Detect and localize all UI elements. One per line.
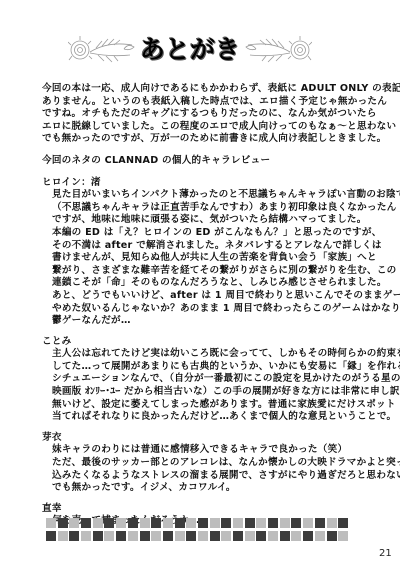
checker-square: [303, 531, 313, 541]
text-line: 主人公は忘れてたけど実は幼いころ既に会ってて、しかもその時何らかの約束を: [42, 348, 362, 361]
checker-square: [175, 518, 185, 528]
text-line: でも無かったのですが、万が一のために前書きに成人向け表記しときました。: [42, 133, 362, 146]
checker-square: [221, 518, 231, 528]
checker-square: [303, 518, 313, 528]
checker-square: [268, 518, 278, 528]
floral-ornament-left-icon: [68, 35, 136, 65]
text-line: 今回の本は一応、成人向けであるにもかかわらず、表紙に ADULT ONLY の表…: [42, 83, 362, 96]
checker-square: [210, 531, 220, 541]
checker-square: [327, 531, 337, 541]
text-line: 妹キャラのわりには普通に感情移入できるキャラで良かった（笑）: [42, 444, 362, 457]
text-line: 連鎖こそが「命」そのものなんだろうなと、しみじみ感じさせられました。: [42, 277, 362, 290]
review-kotomi: ことみ 主人公は忘れてたけど実は幼いころ既に会ってて、しかもその時何らかの約束を…: [42, 336, 362, 424]
text-line: あと、どうでもいいけど、after は 1 周目で終わりと思いこんでそのままゲー…: [42, 290, 362, 303]
checker-square: [93, 518, 103, 528]
character-name: ことみ: [42, 336, 362, 349]
checker-square: [140, 531, 150, 541]
character-name: ヒロイン：渚: [42, 177, 362, 190]
text-line: 込みたくなるようなストレスの溜まる展開で、さすがにやり過ぎだろと思わない: [42, 470, 362, 483]
text-line: 当てればそれなりに良かったんだけど…あくまで個人的な意見ということで。: [42, 411, 362, 424]
text-line: （不思議ちゃんキャラは正直苦手なんですわ）あまり初印象は良くなかったん: [42, 202, 362, 215]
checker-square: [175, 531, 185, 541]
checker-square: [151, 518, 161, 528]
page-title: あとがき: [136, 32, 244, 68]
text-line: 書けませんが、見知らぬ他人が共に人生の苦楽を背負い会う「家族」へと: [42, 252, 362, 265]
checker-square: [128, 531, 138, 541]
checker-square: [93, 531, 103, 541]
checker-square: [46, 518, 56, 528]
checker-square: [116, 518, 126, 528]
checker-square: [268, 531, 278, 541]
checker-square: [233, 518, 243, 528]
checker-square: [198, 518, 208, 528]
checker-square: [81, 518, 91, 528]
checker-square: [69, 531, 79, 541]
text-line: 繋がり、さまざまな難辛苦を経てその繋がりがさらに別の繋がりを生む、この: [42, 265, 362, 278]
text-line: ありません。というのも表紙入稿した時点では、エロ描く予定じゃ無かったん: [42, 96, 362, 109]
checker-square: [245, 531, 255, 541]
checker-square: [58, 518, 68, 528]
text-line: してた…って展開があまりにも古典的というか、いかにも安易に「縁」を作れる: [42, 361, 362, 374]
checker-square: [116, 531, 126, 541]
checkerboard-divider: [46, 518, 348, 543]
checker-square: [186, 518, 196, 528]
checker-square: [338, 531, 348, 541]
checker-square: [210, 518, 220, 528]
checker-square: [233, 531, 243, 541]
checker-square: [280, 518, 290, 528]
floral-ornament-right-icon: [244, 35, 312, 65]
checker-square: [163, 518, 173, 528]
checker-square: [291, 518, 301, 528]
checker-square: [221, 531, 231, 541]
checker-square: [163, 531, 173, 541]
text-line: 鬱ゲーなんだが…: [42, 315, 362, 328]
review-mei: 芽衣 妹キャラのわりには普通に感情移入できるキャラで良かった（笑） ただ、最後の…: [42, 432, 362, 495]
text-line: 映画版 ｵﾝﾘｰ･ﾕｰ だから相当古いな）この手の展開が好きな方には非常に申し訳: [42, 386, 362, 399]
checker-square: [128, 518, 138, 528]
text-line: でも無かったです。イジメ、カコワルイ。: [42, 482, 362, 495]
text-line: ですが、地味に地味に頑張る姿に、気がついたら結構ハマってました。: [42, 214, 362, 227]
checker-square: [69, 518, 79, 528]
text-line: やめた奴いるんじゃないか？あのまま 1 周目で終わったらこのゲームはかなりの: [42, 303, 362, 316]
checker-square: [315, 518, 325, 528]
text-line: 見た目がいまいちインパクト薄かったのと不思議ちゃんキャラぽい言動のお陰で: [42, 189, 362, 202]
checker-square: [58, 531, 68, 541]
checker-square: [151, 531, 161, 541]
checker-square: [140, 518, 150, 528]
character-name: 芽衣: [42, 432, 362, 445]
checker-square: [338, 518, 348, 528]
checker-row: [46, 518, 348, 528]
text-line: シチュエーションなんで、（自分が一番最初にこの設定を見かけたのがうる星の: [42, 373, 362, 386]
text-line: エロに脱線していました。この程度のエロで成人向けってのもなぁ～と思わない: [42, 121, 362, 134]
intro-paragraph: 今回の本は一応、成人向けであるにもかかわらず、表紙に ADULT ONLY の表…: [42, 83, 362, 146]
checker-square: [291, 531, 301, 541]
checker-square: [81, 531, 91, 541]
review-heading: 今回のネタの CLANNAD の個人的キャラレビュー: [42, 155, 362, 168]
page-number: 21: [379, 548, 392, 559]
checker-square: [315, 531, 325, 541]
title-banner: あとがき: [60, 32, 340, 68]
checker-square: [256, 531, 266, 541]
checker-square: [104, 518, 114, 528]
checker-square: [256, 518, 266, 528]
character-name: 直幸: [42, 503, 362, 516]
text-line: その不満は after で解消されました。ネタバレするとアレなんで詳しくは: [42, 240, 362, 253]
text-line: ですね。オチもただのギャグにするつもりだったのに、なんか気がついたら: [42, 108, 362, 121]
text-line: ただ、最後のサッカー部とのアレコレは、なんか懐かしの大映ドラマかよと突っ: [42, 457, 362, 470]
checker-square: [280, 531, 290, 541]
review-nagisa: ヒロイン：渚 見た目がいまいちインパクト薄かったのと不思議ちゃんキャラぽい言動の…: [42, 177, 362, 328]
checker-row: [46, 531, 348, 541]
checker-square: [198, 531, 208, 541]
checker-square: [327, 518, 337, 528]
checker-square: [46, 531, 56, 541]
text-line: 本編の ED は「え？ヒロインの ED がこんなもん？」と思ったのですが、: [42, 227, 362, 240]
checker-square: [245, 518, 255, 528]
text-line: 無いけど、設定に萎えてしまった感があります。普通に家族愛にだけスポット: [42, 399, 362, 412]
checker-square: [186, 531, 196, 541]
afterword-body: 今回の本は一応、成人向けであるにもかかわらず、表紙に ADULT ONLY の表…: [42, 83, 362, 528]
checker-square: [104, 531, 114, 541]
